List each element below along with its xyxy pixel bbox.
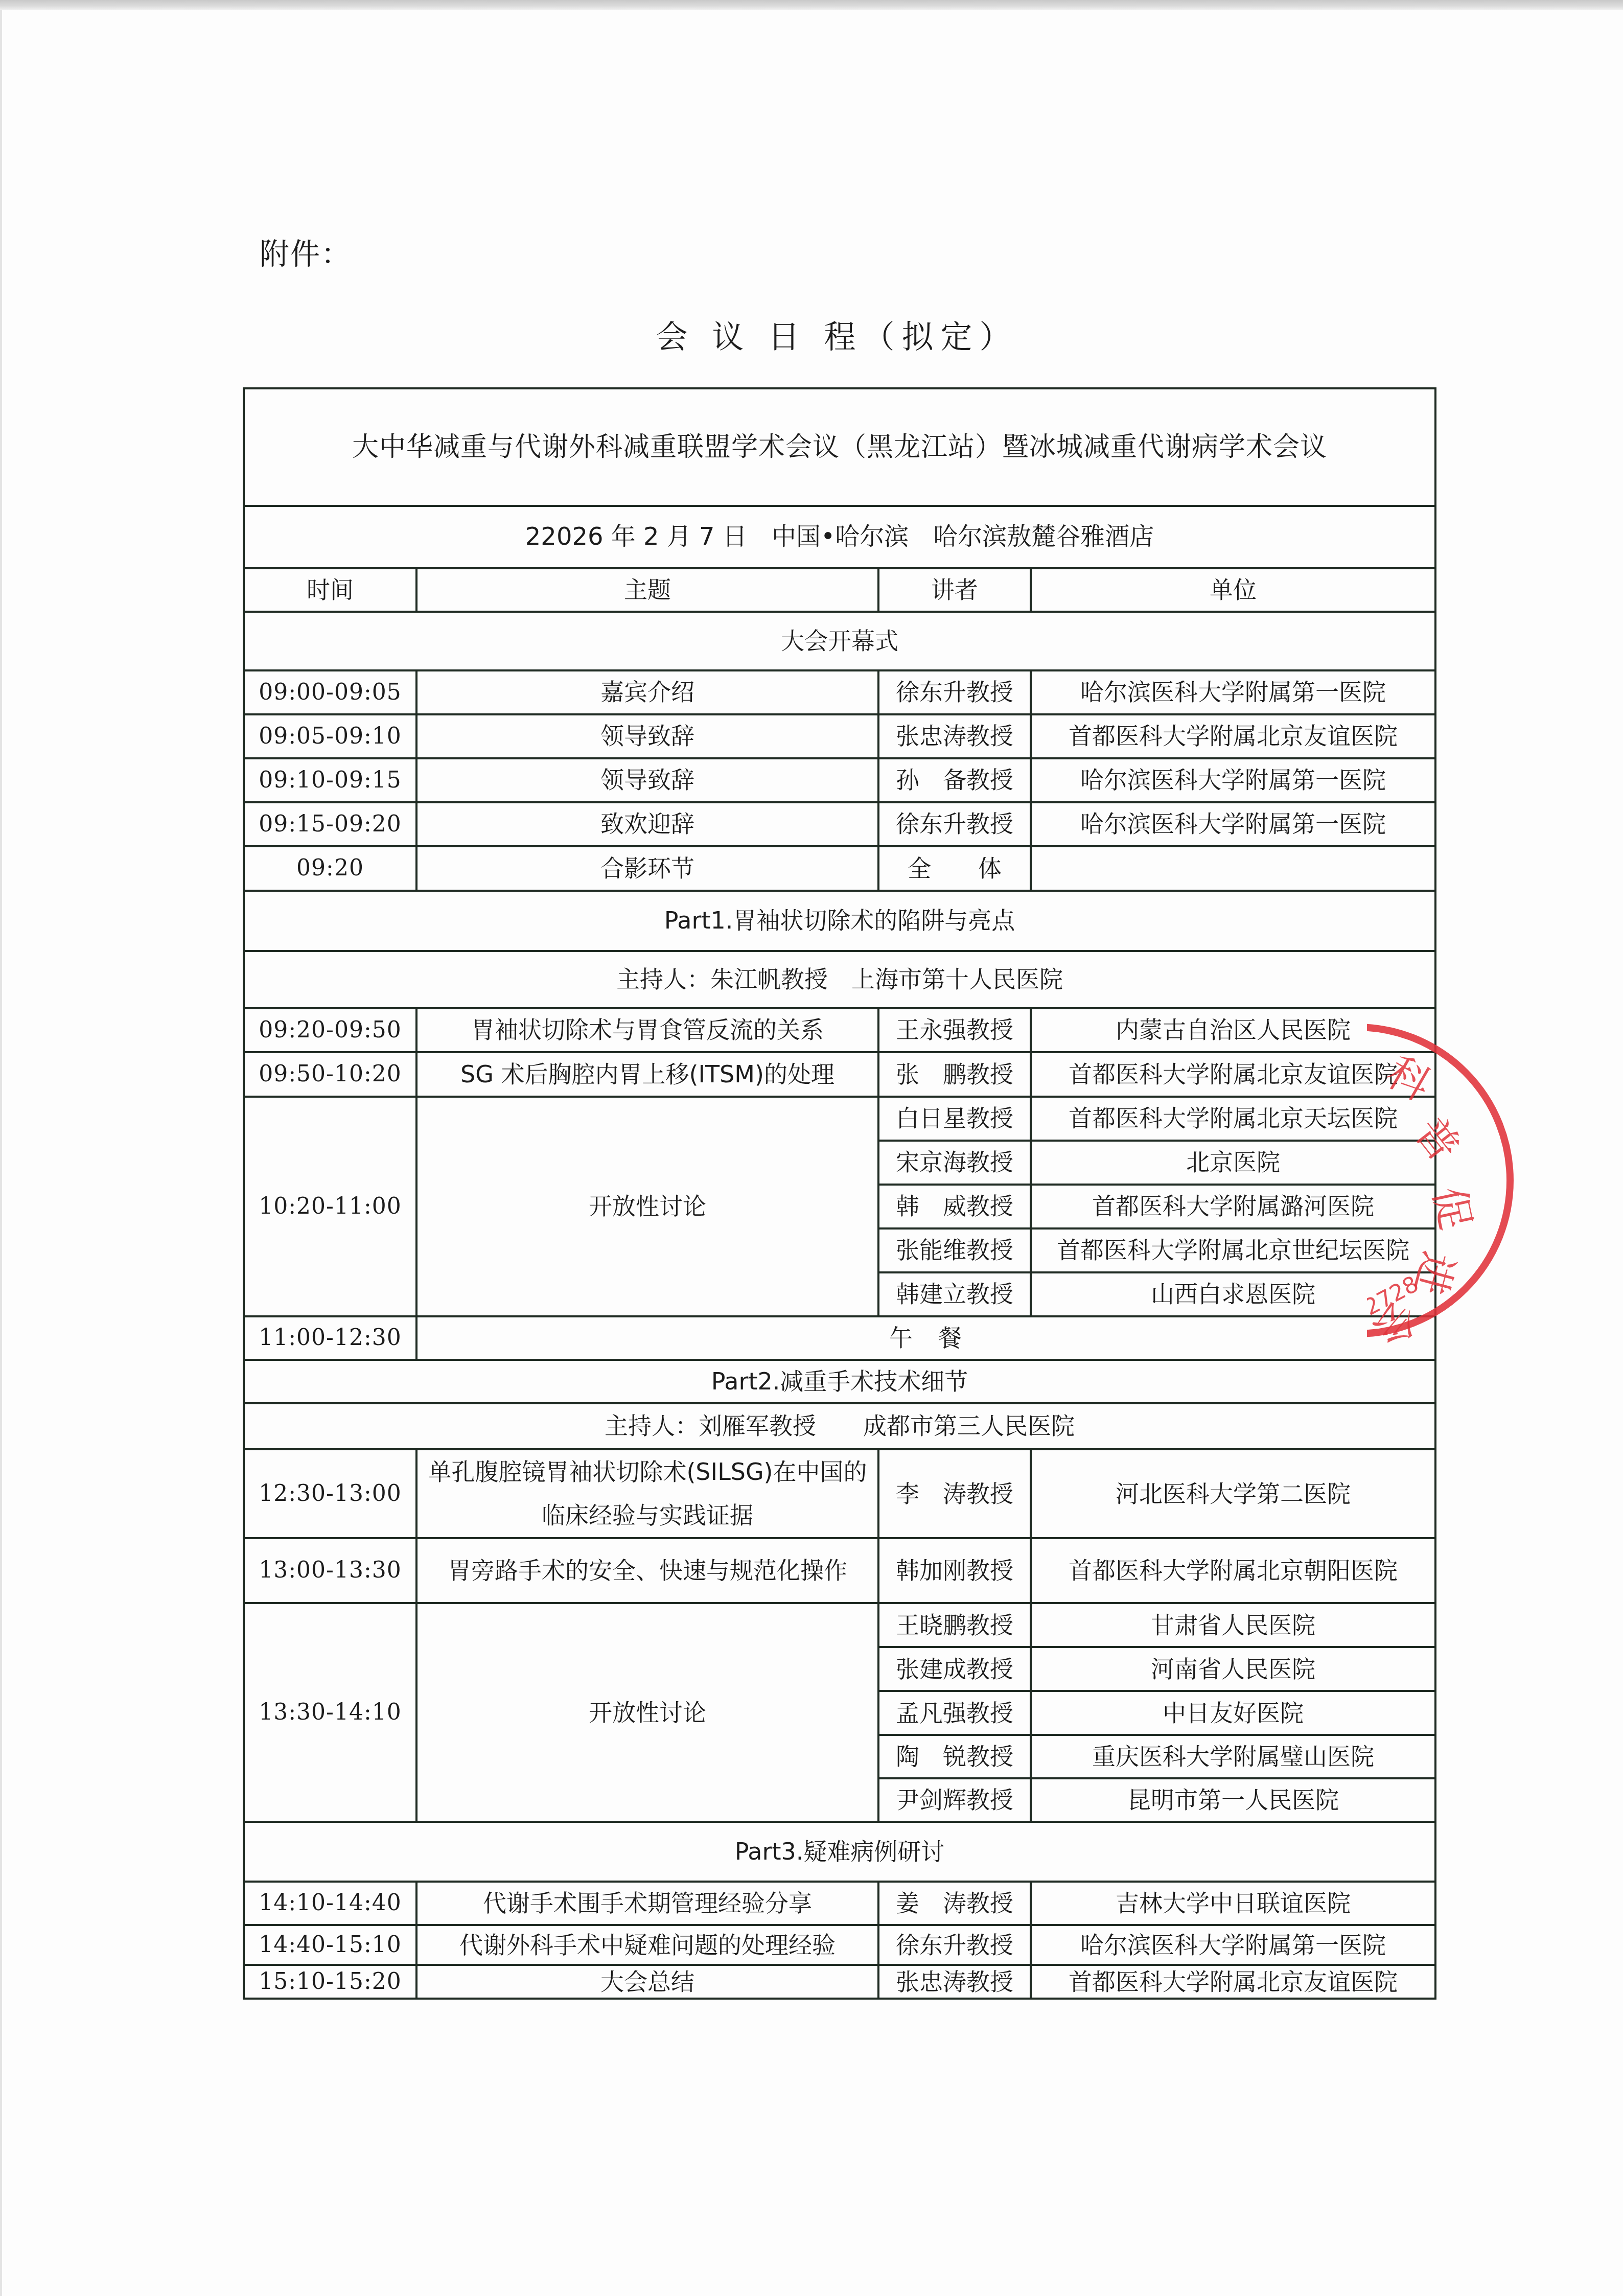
speaker-cell: 孟凡强教授 bbox=[878, 1691, 1031, 1735]
table-row: 14:40-15:10 代谢外科手术中疑难问题的处理经验 徐东升教授 哈尔滨医科… bbox=[244, 1925, 1435, 1965]
unit-cell: 北京医院 bbox=[1031, 1141, 1435, 1185]
time-cell: 14:40-15:10 bbox=[244, 1925, 416, 1965]
table-row: 15:10-15:20 大会总结 张忠涛教授 首都医科大学附属北京友谊医院 bbox=[244, 1965, 1435, 1999]
unit-cell bbox=[1031, 846, 1435, 891]
unit-cell: 首都医科大学附属北京友谊医院 bbox=[1031, 1052, 1435, 1097]
host-part1: 主持人：朱江帆教授 上海市第十人民医院 bbox=[244, 951, 1435, 1008]
topic-cell: 胃袖状切除术与胃食管反流的关系 bbox=[416, 1008, 878, 1052]
speaker-cell: 徐东升教授 bbox=[878, 802, 1031, 846]
unit-cell: 河北医科大学第二医院 bbox=[1031, 1449, 1435, 1538]
host-row: 主持人：朱江帆教授 上海市第十人民医院 bbox=[244, 951, 1435, 1008]
date-venue: 22026 年 2 月 7 日 中国•哈尔滨 哈尔滨敖麓谷雅酒店 bbox=[244, 506, 1435, 568]
speaker-cell: 张能维教授 bbox=[878, 1228, 1031, 1272]
topic-cell: 开放性讨论 bbox=[416, 1603, 878, 1822]
section-row: Part1.胃袖状切除术的陷阱与亮点 bbox=[244, 891, 1435, 951]
time-cell: 09:15-09:20 bbox=[244, 802, 416, 846]
section-title-part2: Part2.减重手术技术细节 bbox=[244, 1360, 1435, 1403]
unit-cell: 哈尔滨医科大学附属第一医院 bbox=[1031, 670, 1435, 714]
attachment-label: 附件： bbox=[260, 236, 352, 272]
topic-cell: 胃旁路手术的安全、快速与规范化操作 bbox=[416, 1538, 878, 1603]
speaker-cell: 宋京海教授 bbox=[878, 1141, 1031, 1185]
unit-cell: 首都医科大学附属北京友谊医院 bbox=[1031, 714, 1435, 758]
schedule-table: 大中华减重与代谢外科减重联盟学术会议（黑龙江站）暨冰城减重代谢病学术会议 220… bbox=[243, 387, 1436, 2000]
host-part2: 主持人：刘雁军教授 成都市第三人民医院 bbox=[244, 1403, 1435, 1449]
unit-cell: 昆明市第一人民医院 bbox=[1031, 1778, 1435, 1822]
unit-cell: 哈尔滨医科大学附属第一医院 bbox=[1031, 1925, 1435, 1965]
table-row: 09:05-09:10 领导致辞 张忠涛教授 首都医科大学附属北京友谊医院 bbox=[244, 714, 1435, 758]
section-row: 大会开幕式 bbox=[244, 612, 1435, 670]
speaker-cell: 徐东升教授 bbox=[878, 1925, 1031, 1965]
unit-cell: 甘肃省人民医院 bbox=[1031, 1603, 1435, 1647]
topic-cell: 领导致辞 bbox=[416, 714, 878, 758]
unit-cell: 首都医科大学附属北京世纪坛医院 bbox=[1031, 1228, 1435, 1272]
time-cell: 09:00-09:05 bbox=[244, 670, 416, 714]
speaker-cell: 尹剑辉教授 bbox=[878, 1778, 1031, 1822]
conference-title: 大中华减重与代谢外科减重联盟学术会议（黑龙江站）暨冰城减重代谢病学术会议 bbox=[244, 388, 1435, 506]
unit-cell: 哈尔滨医科大学附属第一医院 bbox=[1031, 802, 1435, 846]
unit-cell: 首都医科大学附属北京友谊医院 bbox=[1031, 1965, 1435, 1999]
time-cell: 10:20-11:00 bbox=[244, 1097, 416, 1316]
section-title-part1: Part1.胃袖状切除术的陷阱与亮点 bbox=[244, 891, 1435, 951]
speaker-cell: 张建成教授 bbox=[878, 1647, 1031, 1691]
time-cell: 09:50-10:20 bbox=[244, 1052, 416, 1097]
header-topic: 主题 bbox=[416, 568, 878, 612]
speaker-cell: 韩建立教授 bbox=[878, 1272, 1031, 1316]
speaker-cell: 全 体 bbox=[878, 846, 1031, 891]
speaker-cell: 王永强教授 bbox=[878, 1008, 1031, 1052]
topic-cell: 开放性讨论 bbox=[416, 1097, 878, 1316]
unit-cell: 内蒙古自治区人民医院 bbox=[1031, 1008, 1435, 1052]
header-time: 时间 bbox=[244, 568, 416, 612]
table-row: 13:00-13:30 胃旁路手术的安全、快速与规范化操作 韩加刚教授 首都医科… bbox=[244, 1538, 1435, 1603]
speaker-cell: 白日星教授 bbox=[878, 1097, 1031, 1141]
table-row: 09:50-10:20 SG 术后胸腔内胃上移(ITSM)的处理 张 鹏教授 首… bbox=[244, 1052, 1435, 1097]
topic-cell: 合影环节 bbox=[416, 846, 878, 891]
speaker-cell: 张忠涛教授 bbox=[878, 1965, 1031, 1999]
section-row: Part2.减重手术技术细节 bbox=[244, 1360, 1435, 1403]
topic-cell: 致欢迎辞 bbox=[416, 802, 878, 846]
speaker-cell: 李 涛教授 bbox=[878, 1449, 1031, 1538]
unit-cell: 首都医科大学附属北京天坛医院 bbox=[1031, 1097, 1435, 1141]
time-cell: 14:10-14:40 bbox=[244, 1882, 416, 1925]
header-unit: 单位 bbox=[1031, 568, 1435, 612]
table-row: 14:10-14:40 代谢手术围手术期管理经验分享 姜 涛教授 吉林大学中日联… bbox=[244, 1882, 1435, 1925]
time-cell: 11:00-12:30 bbox=[244, 1316, 416, 1360]
lunch-label: 午 餐 bbox=[416, 1316, 1435, 1360]
table-row: 13:30-14:10 开放性讨论 王晓鹏教授 甘肃省人民医院 bbox=[244, 1603, 1435, 1647]
table-row: 09:10-09:15 领导致辞 孙 备教授 哈尔滨医科大学附属第一医院 bbox=[244, 758, 1435, 802]
speaker-cell: 王晓鹏教授 bbox=[878, 1603, 1031, 1647]
speaker-cell: 陶 锐教授 bbox=[878, 1735, 1031, 1778]
host-row: 主持人：刘雁军教授 成都市第三人民医院 bbox=[244, 1403, 1435, 1449]
table-row: 09:15-09:20 致欢迎辞 徐东升教授 哈尔滨医科大学附属第一医院 bbox=[244, 802, 1435, 846]
scan-strip bbox=[0, 0, 1623, 10]
topic-cell: 单孔腹腔镜胃袖状切除术(SILSG)在中国的临床经验与实践证据 bbox=[416, 1449, 878, 1538]
header-speaker: 讲者 bbox=[878, 568, 1031, 612]
unit-cell: 首都医科大学附属北京朝阳医院 bbox=[1031, 1538, 1435, 1603]
unit-cell: 中日友好医院 bbox=[1031, 1691, 1435, 1735]
section-title-opening: 大会开幕式 bbox=[244, 612, 1435, 670]
page-title: 会 议 日 程（拟定） bbox=[0, 317, 1623, 358]
speaker-cell: 韩加刚教授 bbox=[878, 1538, 1031, 1603]
topic-cell: 代谢手术围手术期管理经验分享 bbox=[416, 1882, 878, 1925]
section-row: Part3.疑难病例研讨 bbox=[244, 1822, 1435, 1882]
topic-cell: 领导致辞 bbox=[416, 758, 878, 802]
table-row: 12:30-13:00 单孔腹腔镜胃袖状切除术(SILSG)在中国的临床经验与实… bbox=[244, 1449, 1435, 1538]
speaker-cell: 姜 涛教授 bbox=[878, 1882, 1031, 1925]
table-row: 09:20-09:50 胃袖状切除术与胃食管反流的关系 王永强教授 内蒙古自治区… bbox=[244, 1008, 1435, 1052]
header-row: 时间 主题 讲者 单位 bbox=[244, 568, 1435, 612]
speaker-cell: 张 鹏教授 bbox=[878, 1052, 1031, 1097]
table-row: 09:20 合影环节 全 体 bbox=[244, 846, 1435, 891]
topic-cell: 大会总结 bbox=[416, 1965, 878, 1999]
speaker-cell: 徐东升教授 bbox=[878, 670, 1031, 714]
time-cell: 09:10-09:15 bbox=[244, 758, 416, 802]
speaker-cell: 孙 备教授 bbox=[878, 758, 1031, 802]
time-cell: 09:20-09:50 bbox=[244, 1008, 416, 1052]
table-row: 09:00-09:05 嘉宾介绍 徐东升教授 哈尔滨医科大学附属第一医院 bbox=[244, 670, 1435, 714]
time-cell: 12:30-13:00 bbox=[244, 1449, 416, 1538]
unit-cell: 重庆医科大学附属璧山医院 bbox=[1031, 1735, 1435, 1778]
time-cell: 13:30-14:10 bbox=[244, 1603, 416, 1822]
time-cell: 15:10-15:20 bbox=[244, 1965, 416, 1999]
time-cell: 09:20 bbox=[244, 846, 416, 891]
conference-title-row: 大中华减重与代谢外科减重联盟学术会议（黑龙江站）暨冰城减重代谢病学术会议 bbox=[244, 388, 1435, 506]
date-venue-row: 22026 年 2 月 7 日 中国•哈尔滨 哈尔滨敖麓谷雅酒店 bbox=[244, 506, 1435, 568]
speaker-cell: 张忠涛教授 bbox=[878, 714, 1031, 758]
time-cell: 09:05-09:10 bbox=[244, 714, 416, 758]
unit-cell: 吉林大学中日联谊医院 bbox=[1031, 1882, 1435, 1925]
topic-cell: SG 术后胸腔内胃上移(ITSM)的处理 bbox=[416, 1052, 878, 1097]
time-cell: 13:00-13:30 bbox=[244, 1538, 416, 1603]
topic-cell: 代谢外科手术中疑难问题的处理经验 bbox=[416, 1925, 878, 1965]
unit-cell: 山西白求恩医院 bbox=[1031, 1272, 1435, 1316]
table-row: 10:20-11:00 开放性讨论 白日星教授 首都医科大学附属北京天坛医院 bbox=[244, 1097, 1435, 1141]
lunch-row: 11:00-12:30 午 餐 bbox=[244, 1316, 1435, 1360]
speaker-cell: 韩 威教授 bbox=[878, 1185, 1031, 1228]
section-title-part3: Part3.疑难病例研讨 bbox=[244, 1822, 1435, 1882]
unit-cell: 哈尔滨医科大学附属第一医院 bbox=[1031, 758, 1435, 802]
unit-cell: 首都医科大学附属潞河医院 bbox=[1031, 1185, 1435, 1228]
topic-cell: 嘉宾介绍 bbox=[416, 670, 878, 714]
unit-cell: 河南省人民医院 bbox=[1031, 1647, 1435, 1691]
